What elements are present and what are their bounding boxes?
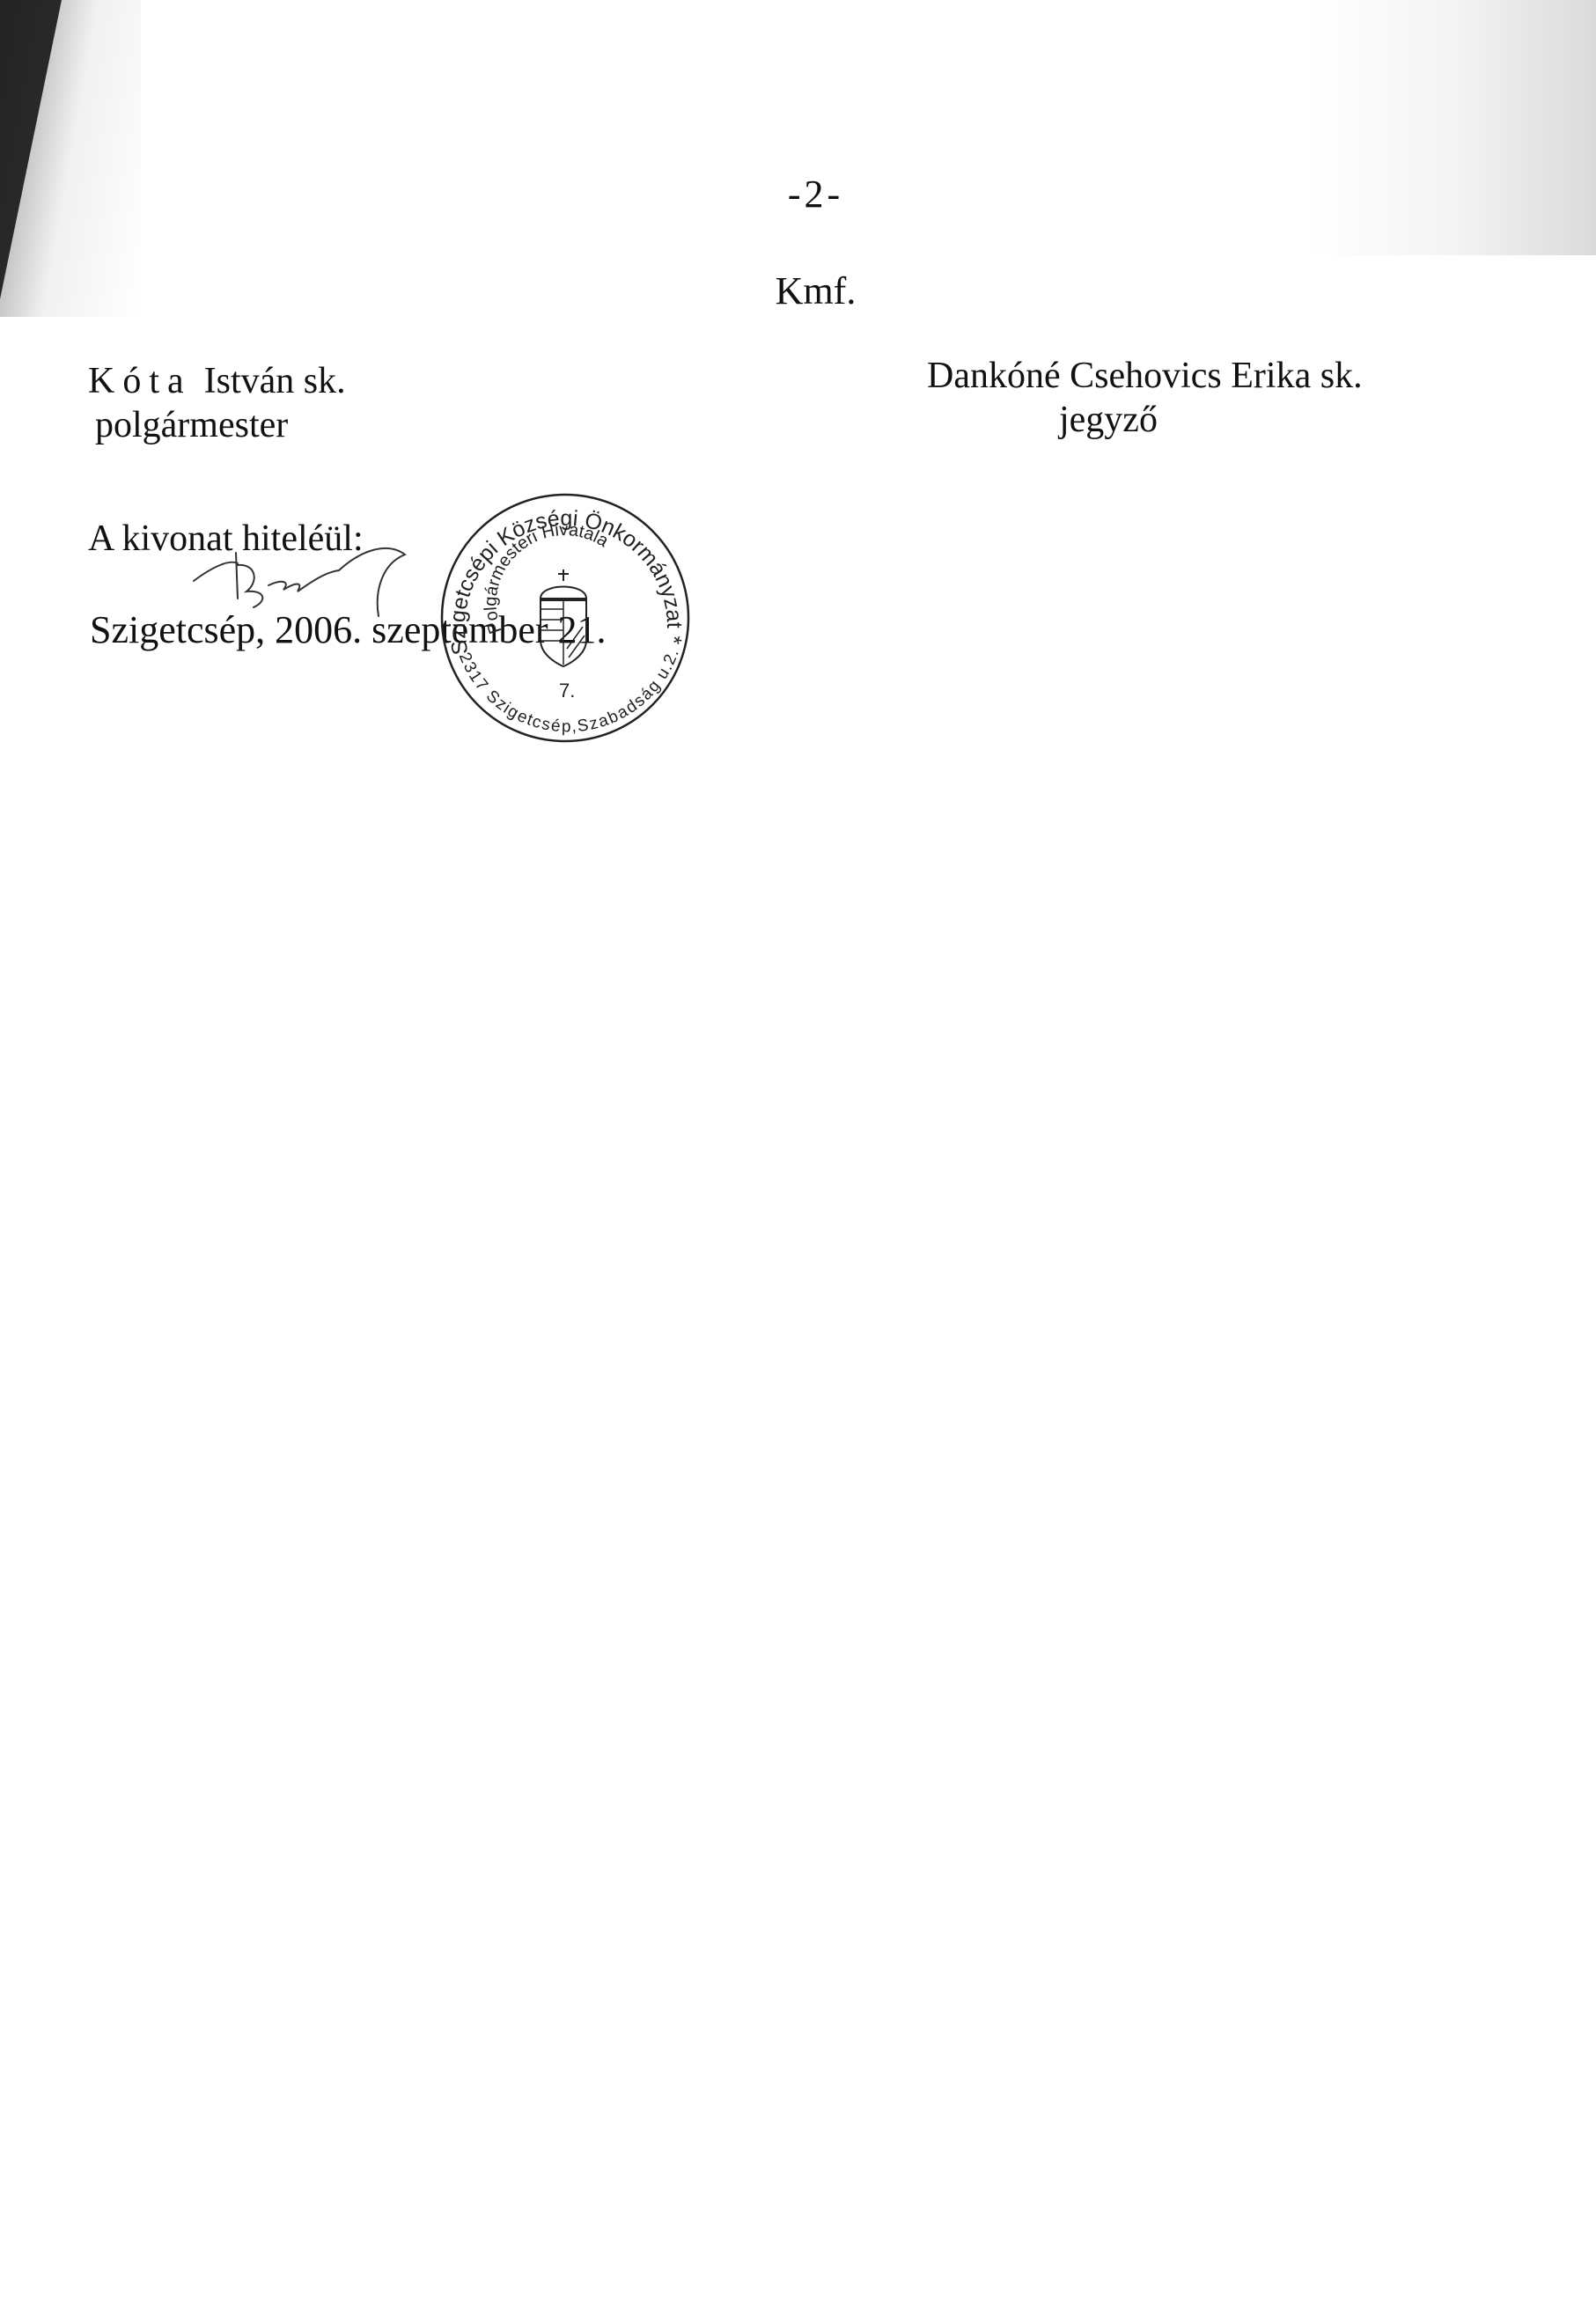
signatory-mayor-given-name: István sk.	[204, 361, 346, 401]
closing-kmf: Kmf.	[0, 268, 1596, 313]
stamp-number: 7.	[559, 680, 575, 702]
signatory-notary: Dankóné Csehovics Erika sk. jegyző	[927, 354, 1363, 443]
hungarian-coat-of-arms-icon	[541, 569, 586, 666]
scan-shadow-right	[1305, 0, 1596, 255]
official-stamp: Szigetcsépi Községi Önkormányzat * Polgá…	[433, 486, 697, 750]
scan-edge-left	[0, 0, 62, 299]
signatory-notary-name: Dankóné Csehovics Erika sk.	[927, 354, 1363, 398]
signatory-notary-title: jegyző	[927, 398, 1363, 442]
signatory-mayor-name: KótaIstván sk.	[88, 359, 346, 403]
page-number: -2-	[0, 172, 1596, 217]
signatory-mayor-surname: Kóta	[88, 361, 192, 401]
signatory-mayor-title: polgármester	[88, 403, 346, 447]
signatory-mayor: KótaIstván sk. polgármester	[88, 359, 346, 448]
